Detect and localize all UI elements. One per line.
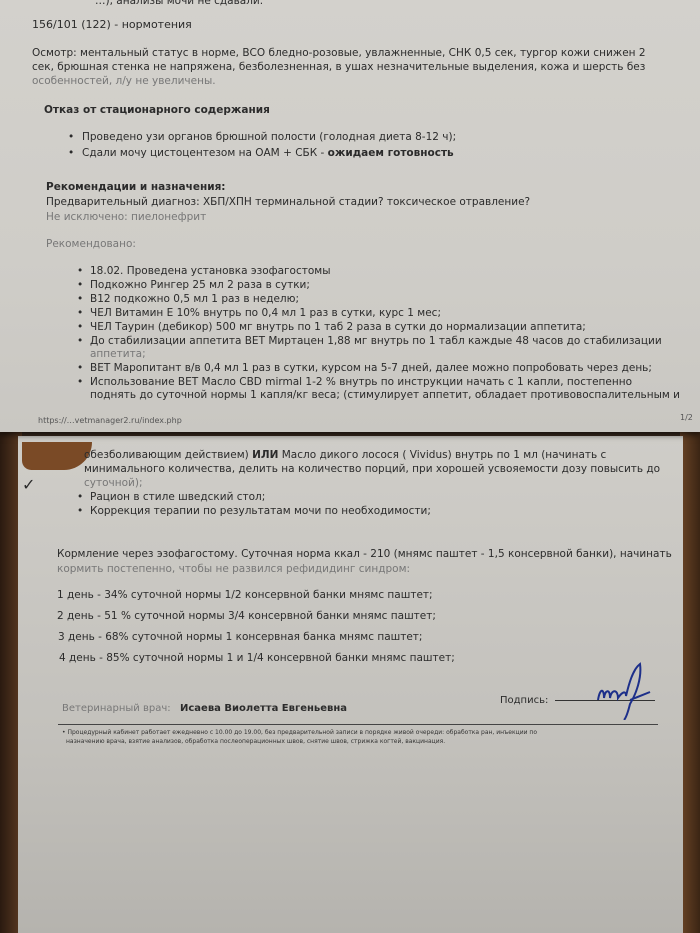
continuation-line: суточной); [84,476,142,490]
footnote-divider [58,724,658,725]
list-item: •Рацион в стиле шведский стол; [90,490,265,504]
footnote-line: • Процедурный кабинет работает ежедневно… [62,728,537,737]
list-item-text: Коррекция терапии по результатам мочи по… [90,505,431,517]
day-plan: 4 день - 85% суточной нормы 1 и 1/4 конс… [59,651,455,665]
list-item-text: Рацион в стиле шведский стол; [90,491,265,503]
or-keyword: ИЛИ [252,449,278,461]
feeding-line: кормить постепенно, чтобы не развился ре… [57,562,410,576]
signature-mark [590,660,660,720]
continuation-line: минимального количества, делить на колич… [84,462,660,476]
footnote-line: назначению врача, взятие анализов, обраб… [66,737,445,746]
signature-label: Подпись: [500,694,548,708]
day-plan: 3 день - 68% суточной нормы 1 консервная… [58,630,422,644]
day-plan: 1 день - 34% суточной нормы 1/2 консервн… [57,588,433,602]
doctor-label: Ветеринарный врач: [62,702,171,716]
cont-text: обезболивающим действием) [84,449,252,461]
cont-text: Масло дикого лосося ( Vividus) внутрь по… [278,449,606,461]
doctor-name: Исаева Виолетта Евгеньевна [180,702,347,716]
check-mark: ✓ [22,478,35,492]
continuation-line: обезболивающим действием) ИЛИ Масло дико… [84,448,606,462]
list-item: •Коррекция терапии по результатам мочи п… [90,504,431,518]
day-plan: 2 день - 51 % суточной нормы 3/4 консерв… [57,609,436,623]
feeding-line: Кормление через эзофагостому. Суточная н… [57,547,672,561]
